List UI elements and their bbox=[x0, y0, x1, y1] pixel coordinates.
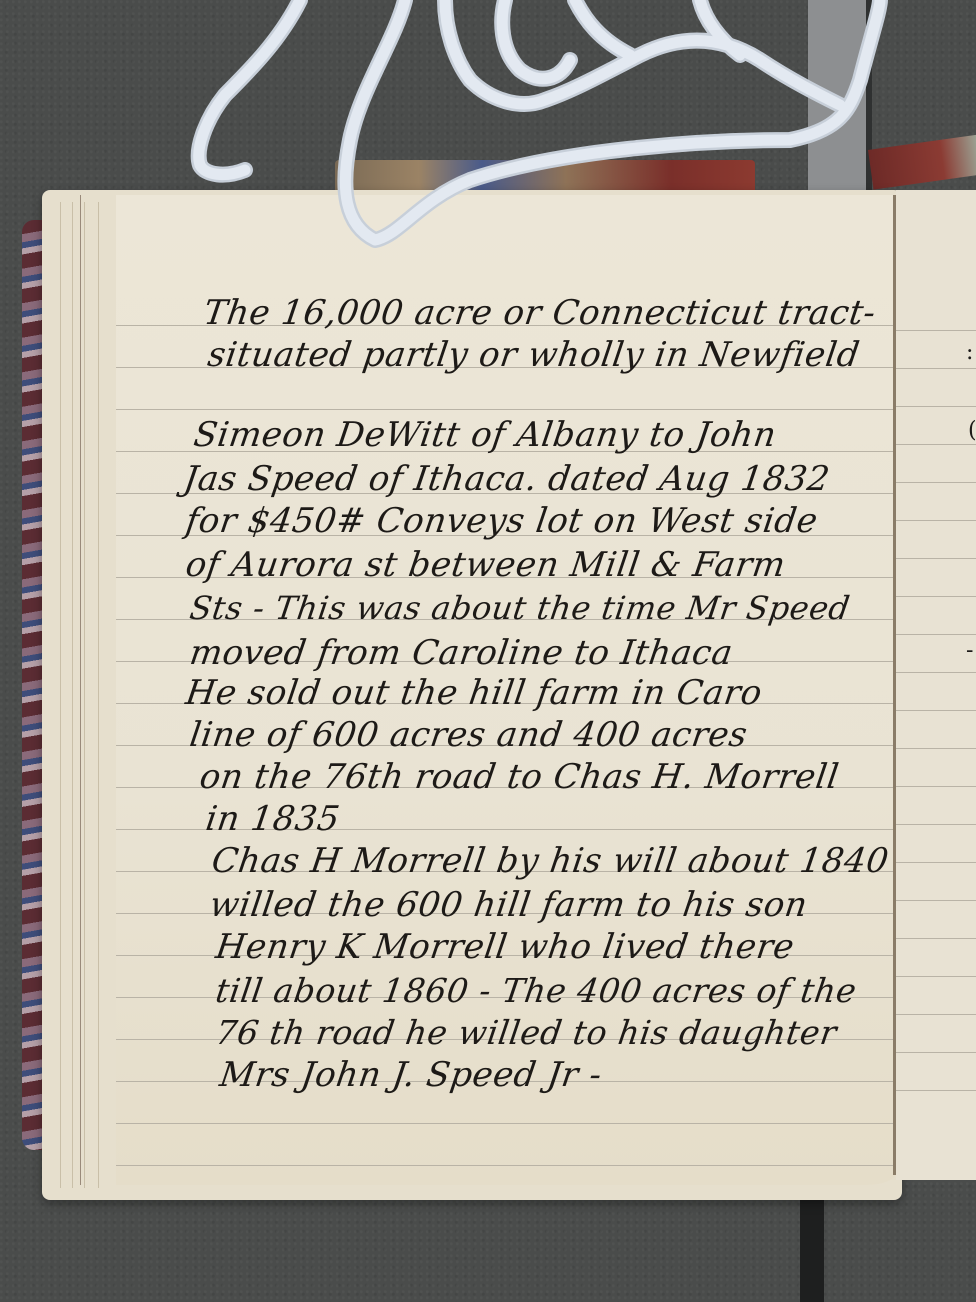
body-line: for $450# Conveys lot on West side bbox=[183, 501, 820, 541]
body-line: till about 1860 - The 400 acres of the bbox=[213, 971, 859, 1010]
body-line: Mrs John J. Speed Jr - bbox=[217, 1055, 604, 1095]
ruled-line bbox=[896, 558, 976, 559]
ruled-line bbox=[896, 1090, 976, 1091]
page-edge bbox=[98, 202, 99, 1188]
body-line: of Aurora st between Mill & Farm bbox=[183, 545, 788, 585]
body-line: Chas H Morrell by his will about 1840 bbox=[209, 841, 891, 881]
ruled-line bbox=[896, 786, 976, 787]
body-line: line of 600 acres and 400 acres bbox=[187, 715, 750, 755]
heading-line-1: The 16,000 acre or Connecticut tract- bbox=[201, 293, 878, 333]
ruled-line bbox=[896, 482, 976, 483]
body-line: moved from Caroline to Ithaca bbox=[187, 633, 735, 673]
body-line: Henry K Morrell who lived there bbox=[213, 927, 797, 967]
page-edge bbox=[72, 202, 73, 1188]
right-page-mark: ( bbox=[968, 418, 976, 443]
ruled-line bbox=[896, 748, 976, 749]
ruled-line bbox=[896, 634, 976, 635]
ruled-line bbox=[116, 409, 896, 410]
body-line: Sts - This was about the time Mr Speed bbox=[187, 589, 852, 627]
page-edge bbox=[84, 202, 85, 1188]
right-page: : ( - bbox=[896, 190, 976, 1180]
body-line: willed the 600 hill farm to his son bbox=[207, 885, 810, 925]
ruled-line bbox=[116, 1165, 896, 1166]
background-gap bbox=[800, 1190, 824, 1302]
body-line: He sold out the hill farm in Caro bbox=[183, 673, 764, 713]
ruled-line bbox=[896, 406, 976, 407]
right-cover-corner bbox=[868, 133, 976, 189]
ruled-line bbox=[896, 520, 976, 521]
ruled-line bbox=[896, 330, 976, 331]
document-photo: The 16,000 acre or Connecticut tract- si… bbox=[0, 0, 976, 1302]
ruled-line bbox=[896, 1014, 976, 1015]
body-line: 76 th road he willed to his daughter bbox=[213, 1013, 839, 1052]
right-page-mark: - bbox=[966, 638, 973, 663]
ruled-line bbox=[896, 824, 976, 825]
ruled-line bbox=[896, 976, 976, 977]
page-edge bbox=[60, 202, 61, 1188]
body-line: in 1835 bbox=[203, 799, 342, 839]
ruled-line bbox=[896, 900, 976, 901]
heading-line-2: situated partly or wholly in Newfield bbox=[205, 335, 862, 375]
ruled-line bbox=[896, 596, 976, 597]
marbled-edge-top bbox=[335, 160, 755, 190]
body-line: Simeon DeWitt of Albany to John bbox=[191, 415, 779, 455]
ruled-line bbox=[896, 672, 976, 673]
body-line: Jas Speed of Ithaca. dated Aug 1832 bbox=[181, 459, 832, 499]
ruled-line bbox=[896, 710, 976, 711]
body-line: on the 76th road to Chas H. Morrell bbox=[197, 757, 841, 797]
left-page: The 16,000 acre or Connecticut tract- si… bbox=[116, 195, 896, 1185]
ruled-line bbox=[896, 368, 976, 369]
ruled-line bbox=[116, 1123, 896, 1124]
ruled-line bbox=[896, 1052, 976, 1053]
right-page-mark: : bbox=[966, 340, 973, 365]
margin-line bbox=[80, 195, 81, 1185]
ruled-line bbox=[896, 444, 976, 445]
ruled-line bbox=[896, 938, 976, 939]
ruled-line bbox=[896, 862, 976, 863]
